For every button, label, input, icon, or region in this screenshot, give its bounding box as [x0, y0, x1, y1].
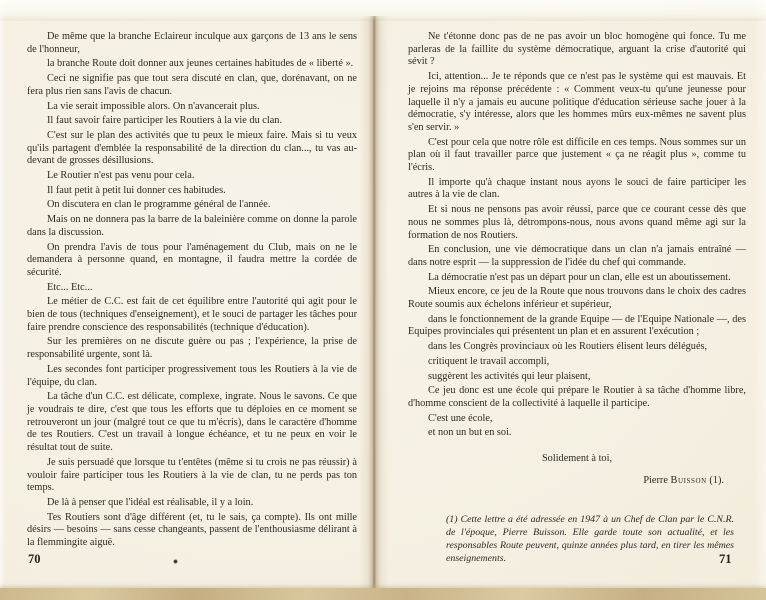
left-scan-edge — [0, 0, 6, 588]
paragraph: Il faut savoir faire participer les Rout… — [27, 115, 357, 128]
paragraph: Et si nous ne pensons pas avoir réussi, … — [408, 204, 746, 242]
paragraph: suggèrent les activités qui leur plaisen… — [408, 371, 746, 384]
book-spread: De même que la branche Eclaireur inculqu… — [0, 0, 766, 600]
paragraph: Le métier de C.C. est fait de cet équili… — [27, 296, 357, 334]
paragraph: Sur les premières on ne discute guère ou… — [27, 336, 357, 361]
signature-footnote-ref: (1). — [707, 475, 724, 486]
paragraph: Il importe qu'à chaque instant nous ayon… — [408, 177, 746, 202]
right-page-text: Ne t'étonne donc pas de ne pas avoir un … — [408, 31, 746, 565]
paragraph: dans les Congrès provinciaux où les Rout… — [408, 341, 746, 354]
paragraph: De là à penser que l'idéal est réalisabl… — [27, 497, 357, 510]
signature-first-name: Pierre — [643, 475, 670, 486]
paragraph: Ce jeu donc est une école qui prépare le… — [408, 385, 746, 410]
footnote: (1) Cette lettre a été adressée en 1947 … — [446, 513, 734, 566]
paragraph: Ici, attention... Je te réponds que ce n… — [408, 71, 746, 135]
paragraph: Etc... Etc... — [27, 282, 357, 295]
paragraph: Ceci ne signifie pas que tout sera discu… — [27, 73, 357, 98]
right-scan-edge — [754, 0, 766, 588]
paragraph: On prendra l'avis de tous pour l'aménage… — [27, 242, 357, 280]
paragraph: Il faut petit à petit lui donner ces hab… — [27, 185, 357, 198]
left-page-text: De même que la branche Eclaireur inculqu… — [27, 31, 357, 550]
paragraph: Tes Routiers sont d'âge différent (et, t… — [27, 512, 357, 550]
paragraph: Le Routier n'est pas venu pour cela. — [27, 170, 357, 183]
page-gutter — [359, 16, 389, 590]
closing-line: Solidement à toi, — [408, 453, 746, 466]
paragraph: Mais on ne donnera pas la barre de la ba… — [27, 214, 357, 239]
bottom-scan-edge — [0, 588, 766, 600]
ink-speck — [173, 559, 178, 564]
paragraph: C'est pour cela que notre rôle est diffi… — [408, 137, 746, 175]
paragraph: Mieux encore, ce jeu de la Route que nou… — [408, 286, 746, 311]
signature-last-name: Buisson — [670, 475, 706, 486]
paragraph: critiquent le travail accompli, — [408, 356, 746, 369]
paragraph: La démocratie n'est pas un départ pour u… — [408, 272, 746, 285]
paragraph: et non un but en soi. — [408, 427, 746, 440]
page-number-right: 71 — [719, 552, 732, 567]
top-scan-edge — [0, 0, 766, 21]
page-number-left: 70 — [28, 552, 41, 567]
paragraph: dans le fonctionnement de la grande Equi… — [408, 314, 746, 339]
paragraph: C'est une école, — [408, 413, 746, 426]
paragraph: On discutera en clan le programme généra… — [27, 199, 357, 212]
right-page-paragraphs: Ne t'étonne donc pas de ne pas avoir un … — [408, 31, 746, 440]
paragraph: En conclusion, une vie démocratique dans… — [408, 244, 746, 269]
signature-line: Pierre Buisson (1). — [408, 475, 746, 488]
paragraph: La tâche d'un C.C. est délicate, complex… — [27, 391, 357, 455]
paragraph: Les secondes font participer progressive… — [27, 364, 357, 389]
paragraph: De même que la branche Eclaireur inculqu… — [27, 31, 357, 56]
paragraph: C'est sur le plan des activités que tu p… — [27, 130, 357, 168]
paragraph: Je suis persuadé que lorsque tu t'entête… — [27, 457, 357, 495]
paragraph: La vie serait impossible alors. On n'ava… — [27, 101, 357, 114]
paragraph: la branche Route doit donner aux jeunes … — [27, 58, 357, 71]
paragraph: Ne t'étonne donc pas de ne pas avoir un … — [408, 31, 746, 69]
